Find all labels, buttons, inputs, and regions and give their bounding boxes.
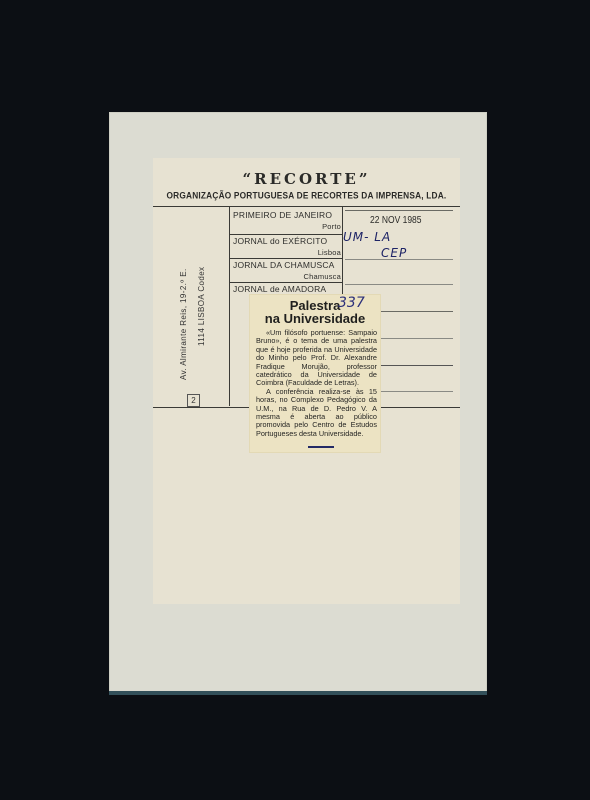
row-rule — [229, 234, 342, 235]
recorte-clipping-card: “RECORTE” ORGANIZAÇÃO PORTUGUESA DE RECO… — [153, 158, 460, 604]
publication-city: Lisboa — [233, 248, 341, 257]
headline-line-2: na Universidade — [250, 312, 380, 325]
box-number: 2 — [187, 394, 200, 407]
row-rule — [229, 282, 342, 283]
address-line-2: 1114 LISBOA Codex — [197, 267, 206, 346]
publication-name: PRIMEIRO DE JANEIRO — [233, 210, 341, 220]
handwritten-number: 337 — [338, 295, 365, 311]
publication-row: JORNAL de AMADORA — [233, 284, 341, 294]
publication-name: JORNAL DA CHAMUSCA — [233, 260, 341, 270]
ink-underline — [308, 446, 334, 448]
row-rule — [229, 258, 342, 259]
card-subtitle: ORGANIZAÇÃO PORTUGUESA DE RECORTES DA IM… — [153, 189, 460, 201]
clipping-paragraph: «Um filósofo portuense: Sampaio Bruno», … — [256, 329, 377, 388]
clipping-body: «Um filósofo portuense: Sampaio Bruno», … — [250, 325, 380, 438]
card-title: “RECORTE” — [153, 170, 460, 188]
publication-city: Chamusca — [233, 272, 341, 281]
handwritten-note: UM- LA — [343, 230, 391, 244]
publication-name: JORNAL de AMADORA — [233, 284, 341, 294]
handwritten-note: CEP — [381, 246, 407, 260]
header-rule — [153, 206, 460, 207]
publication-row: PRIMEIRO DE JANEIRO Porto — [233, 210, 341, 231]
newspaper-clipping: 337 Palestra na Universidade «Um filósof… — [250, 295, 380, 452]
publication-city: Porto — [233, 222, 341, 231]
address-line-1: Av. Almirante Reis, 19-2.º E. — [179, 268, 188, 380]
date-stamp: 22 NOV 1985 — [370, 215, 422, 226]
clipping-paragraph: A conferência realiza-se às 15 horas, no… — [256, 388, 377, 438]
mat-edge — [109, 691, 487, 695]
publication-name: JORNAL do EXÉRCITO — [233, 236, 341, 246]
right-line — [345, 210, 453, 211]
column-rule-left — [229, 206, 230, 406]
column-rule-mid — [342, 206, 343, 296]
publication-row: JORNAL do EXÉRCITO Lisboa — [233, 236, 341, 257]
publication-row: JORNAL DA CHAMUSCA Chamusca — [233, 260, 341, 281]
right-line — [345, 284, 453, 285]
